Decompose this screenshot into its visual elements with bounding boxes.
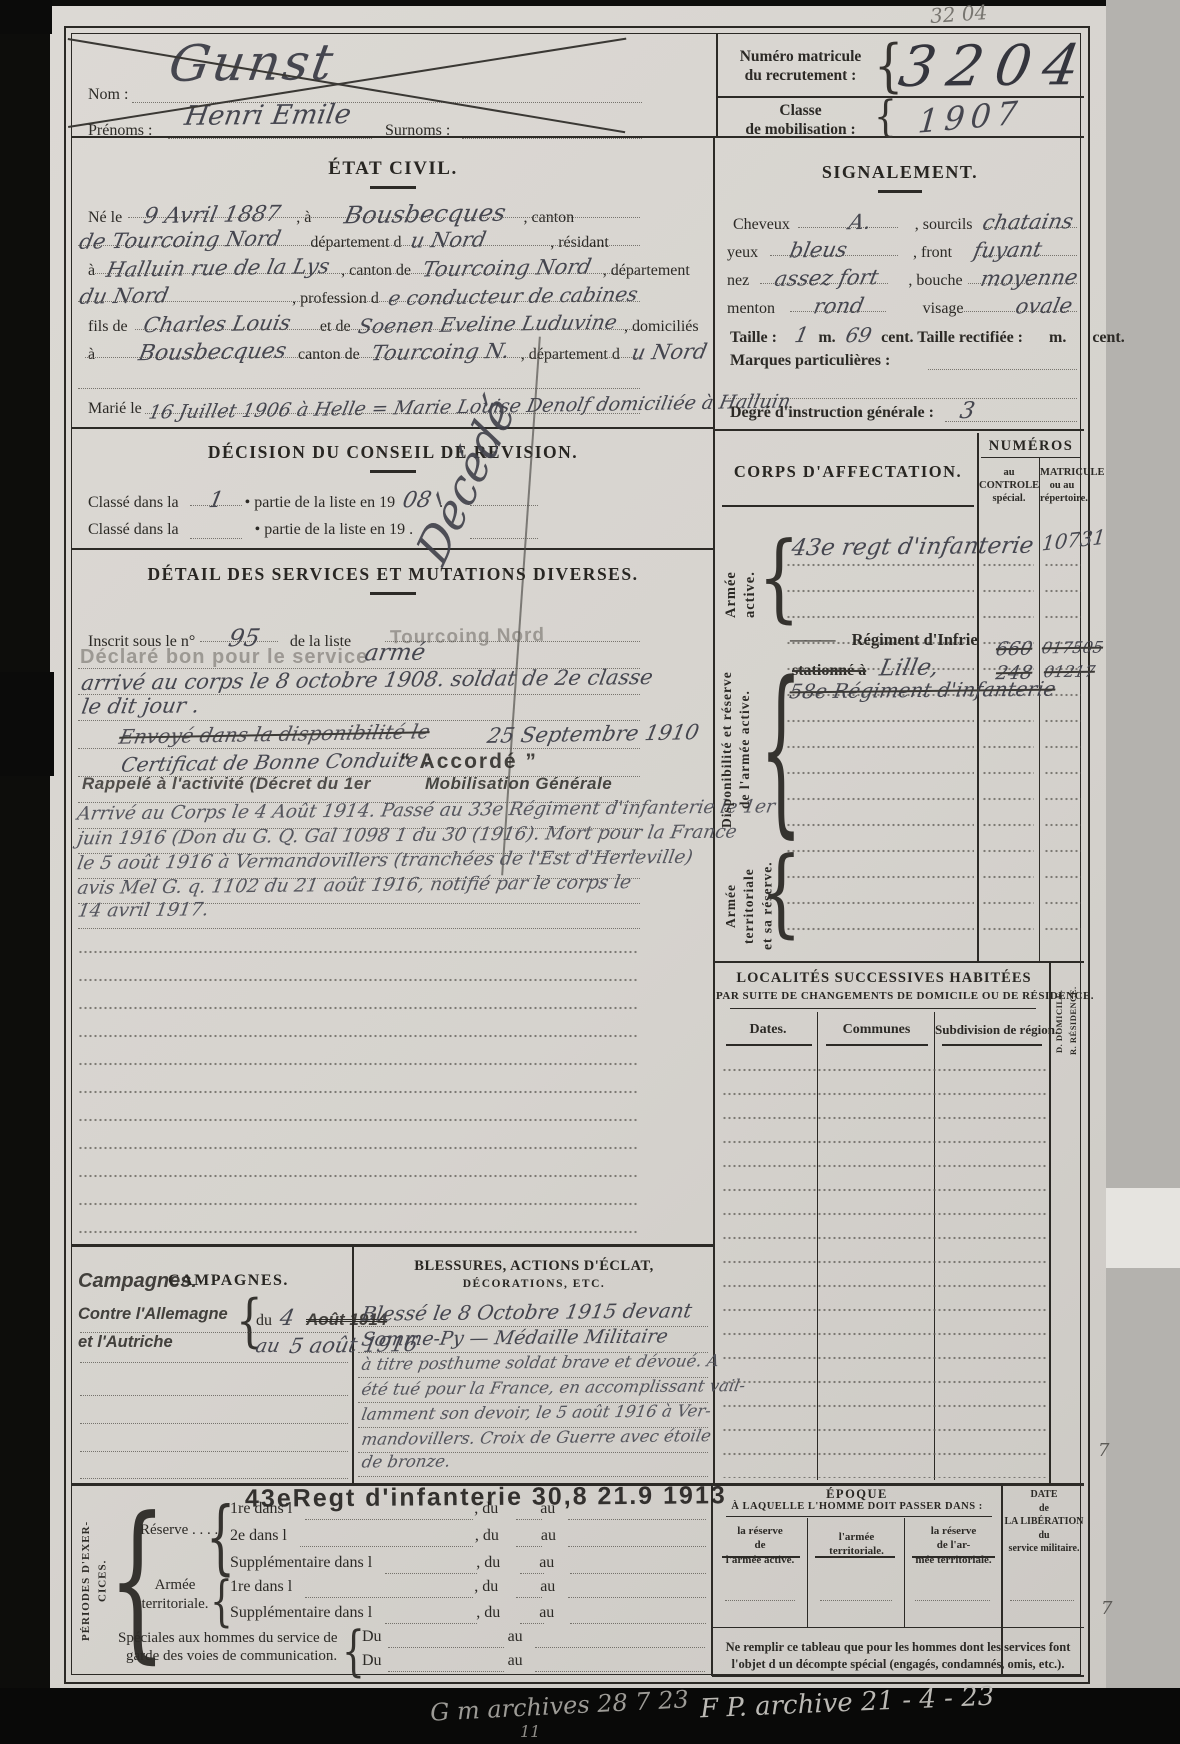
label: Taille : — [730, 329, 777, 346]
dotted-line — [200, 625, 278, 642]
localites-header-rule-3 — [942, 1044, 1042, 1046]
dotted-line — [78, 732, 640, 749]
controle-num-2: 248 — [994, 662, 1034, 684]
localites-col-dates: Dates. — [718, 1022, 818, 1038]
label: au — [541, 1527, 556, 1544]
dotted-line — [568, 1591, 706, 1598]
label: Classé dans la — [88, 494, 179, 511]
numeros-col1-header: au CONTROLE spécial. — [979, 466, 1039, 505]
localites-side-label-residence: R. RÉSIDENCE. — [1068, 978, 1078, 1064]
matricule-label: Numéro matricule du recrutement : — [728, 48, 873, 85]
epoque-header-rule-3 — [912, 1556, 995, 1558]
label: au — [540, 1578, 555, 1595]
label: , sourcils — [915, 216, 973, 233]
rule-corps-bottom — [714, 961, 1084, 963]
dotted-line — [145, 397, 640, 414]
epoque-left-border — [711, 1484, 713, 1676]
label: , bouche — [908, 272, 962, 289]
label: 2e dans l — [230, 1527, 287, 1544]
label: • partie de la liste en 19 — [245, 494, 395, 511]
rule-section — [714, 429, 1084, 431]
dotted-line — [80, 1441, 348, 1452]
blessures-subtitle: DÉCORATIONS, ETC. — [356, 1278, 712, 1290]
numeros-col1-ruled — [982, 552, 1034, 952]
label: fils de — [88, 318, 128, 335]
dotted-line — [385, 1617, 477, 1624]
localites-right-border — [1049, 962, 1051, 1484]
decision-title: DÉCISION DU CONSEIL DE REVISION. — [72, 442, 714, 463]
dash: ——— — [790, 630, 834, 649]
pencil-note-top-right: 32 04 — [929, 0, 988, 28]
corps-header-underline — [722, 505, 974, 507]
dotted-line — [85, 341, 640, 358]
dotted-line — [535, 1641, 705, 1648]
localites-header-rule-2 — [826, 1044, 928, 1046]
label: Marié le — [88, 400, 142, 417]
corps-ruled-area — [786, 552, 974, 952]
epoque-footnote-2: l'objet d un décompte spécial (engagés, … — [714, 1657, 1082, 1672]
dotted-line — [78, 912, 640, 929]
dotted-line — [520, 1617, 544, 1624]
dotted-line — [962, 295, 1077, 312]
dotted-line — [80, 1385, 348, 1396]
localites-ruled-area — [722, 1058, 1046, 1478]
dotted-line — [945, 405, 1077, 422]
epoque-bottom-rule — [712, 1627, 1084, 1628]
dotted-line — [760, 267, 888, 284]
epoque-header-rule-1 — [722, 1556, 800, 1558]
label: 1re dans l — [230, 1578, 292, 1595]
armee-active-entry: 43e regt d'infanterie — [790, 533, 1036, 562]
localites-col-subdivision: Subdivision de région. — [935, 1022, 1050, 1038]
speciales-label-1: Spéciales aux hommes du service de — [118, 1630, 338, 1647]
epoque-divider-2 — [904, 1518, 905, 1628]
dotted-line — [305, 1513, 473, 1520]
dotted-line — [470, 522, 538, 539]
dotted-line — [520, 1567, 544, 1574]
blank-ruled-area — [78, 938, 638, 1238]
etat-civil-title: ÉTAT CIVIL. — [72, 158, 714, 180]
services-title: DÉTAIL DES SERVICES ET MUTATIONS DIVERSE… — [72, 564, 714, 585]
label: , du — [475, 1527, 499, 1544]
numeros-divider-mid — [1039, 458, 1040, 961]
dotted-line — [305, 1591, 473, 1598]
localites-subtitle: PAR SUITE DE CHANGEMENTS DE DOMICILE OU … — [716, 990, 1052, 1002]
matricule-value: 3204 — [894, 33, 1096, 100]
dotted-line — [190, 489, 242, 506]
label: , front — [913, 244, 952, 261]
periodes-side-label: PÉRIODES D'EXER- CICES. — [78, 1500, 111, 1662]
title-underline — [878, 190, 922, 193]
label: au — [508, 1652, 523, 1669]
matricule-num-1: 017505 — [1040, 638, 1104, 658]
label: , du — [476, 1554, 500, 1571]
dotted-line — [385, 1567, 477, 1574]
label: au — [508, 1628, 523, 1645]
campagne-autriche-stamp: et l'Autriche — [78, 1333, 173, 1352]
label: , du — [474, 1578, 498, 1595]
numeros-col2-header: MATRICULE ou au répertoire. — [1040, 466, 1084, 505]
dotted-line — [388, 1641, 504, 1648]
controle-num-1: 660 — [994, 638, 1034, 660]
signalement-taille-line: Taille : 1 m. 69 cent. Taille rectifiée … — [730, 323, 1125, 347]
regiment-inf-printed: ——— Régiment d'Infrie — [790, 630, 978, 650]
territoriale-label: Armée territoriale. — [130, 1576, 220, 1614]
epoque-col2-header: l'armée territoriale. — [810, 1530, 903, 1559]
numeros-col2-ruled — [1044, 552, 1081, 952]
prenoms-label: Prénoms : — [88, 122, 152, 140]
localites-title: LOCALITÉS SUCCESSIVES HABITÉES — [716, 970, 1052, 987]
regiment-stamp: 43eRegt d'infanterie 30,8 21.9 1913 — [245, 1481, 727, 1513]
label: yeux — [727, 244, 758, 261]
epoque-col3-header: la réserve de l'ar- mée territoriale. — [907, 1524, 1000, 1567]
dotted-line — [78, 678, 640, 695]
dotted-line — [80, 1322, 348, 1333]
dotted-line — [568, 1513, 706, 1520]
dotted-line — [78, 285, 640, 302]
nom-label: Nom : — [88, 86, 128, 104]
dotted-line — [78, 229, 640, 246]
epoque-divider-1 — [807, 1518, 808, 1628]
statione-label: stationné à — [792, 662, 866, 679]
corps-title: CORPS D'AFFECTATION. — [718, 462, 978, 482]
dotted-line — [78, 372, 640, 389]
marques-label: Marques particulières : — [730, 352, 890, 370]
dotted-line — [790, 295, 886, 312]
dotted-line — [128, 201, 640, 218]
scanner-band-right — [1106, 0, 1180, 1690]
brace: { — [760, 845, 802, 941]
label: menton — [727, 300, 775, 317]
epoque-title: ÉPOQUE — [712, 1487, 1002, 1502]
dotted-line — [728, 382, 1077, 399]
epoque-header-rule-2 — [815, 1556, 895, 1558]
dotted-line — [770, 239, 898, 256]
taille-m-value: 1 — [793, 323, 811, 347]
degre-label: Degré d'instruction générale : — [730, 404, 934, 422]
dotted-line — [725, 1594, 795, 1601]
decision-line-1: Classé dans la 1 • partie de la liste en… — [88, 488, 443, 513]
label: Né le — [88, 209, 122, 226]
blessures-title: BLESSURES, ACTIONS D'ÉCLAT, — [356, 1258, 712, 1275]
scan-right-patch — [1106, 1188, 1180, 1268]
title-underline — [370, 592, 416, 595]
label: m. — [818, 329, 835, 346]
localites-side-label-domicile: D. DOMICILE. — [1054, 978, 1064, 1064]
numeros-title: NUMÉROS — [978, 438, 1084, 455]
pencil-mark-right-2: 7 — [1101, 1598, 1112, 1619]
epoque-footnote-1: Ne remplir ce tableau que pour les homme… — [714, 1640, 1082, 1655]
matricule-num-2: 01217 — [1042, 662, 1096, 682]
rule-section — [72, 427, 713, 429]
label: Cheveux — [733, 216, 790, 233]
campagnes-divider — [352, 1246, 354, 1484]
classe-label: Classe de mobilisation : — [728, 102, 873, 139]
disponibilite-label: Disponibilité et réserve de l'armée acti… — [718, 648, 754, 852]
label: visage — [923, 300, 964, 317]
label: • partie de la liste en 19 — [255, 521, 405, 538]
armee-active-label: Armée active. — [722, 545, 760, 645]
label: m. — [1049, 329, 1066, 346]
dotted-line — [570, 1617, 706, 1624]
scan-left-notch — [0, 672, 54, 776]
dotted-line — [516, 1540, 542, 1547]
dotted-line — [568, 1540, 706, 1547]
epoque-col1-header: la réserve de l'armée active. — [714, 1524, 806, 1567]
taille-cm-value: 69 — [843, 323, 873, 347]
signalement-title: SIGNALEMENT. — [716, 162, 1084, 183]
rule-section — [72, 548, 713, 550]
epoque-curly-rule — [726, 1516, 992, 1517]
dotted-line — [1010, 1594, 1074, 1601]
dotted-line — [516, 1513, 542, 1520]
epoque-box-bottom — [712, 1675, 1084, 1677]
epoque-date-header: DATE de LA LIBÉRATION du service militai… — [1004, 1488, 1084, 1556]
label: Du — [362, 1652, 382, 1669]
label: cent. — [1092, 329, 1124, 346]
dotted-line — [535, 1665, 705, 1672]
pencil-note-bottom-left-2: 11 — [520, 1722, 540, 1741]
parents-departement: u Nord — [629, 339, 709, 364]
surnoms-label: Surnoms : — [385, 122, 450, 140]
dotted-line — [135, 313, 640, 330]
label: Supplémentaire dans l — [230, 1604, 372, 1621]
dotted-line — [915, 1594, 990, 1601]
label: cent. Taille rectifiée : — [881, 329, 1023, 346]
decision-line-2: Classé dans la • partie de la liste en 1… — [88, 521, 413, 539]
classe-brace: { — [874, 96, 897, 139]
dotted-line — [570, 1567, 706, 1574]
dotted-line — [190, 522, 242, 539]
dotted-line — [80, 1468, 348, 1479]
label: nez — [727, 272, 749, 289]
nom-value: Gunst — [165, 33, 340, 93]
dotted-line — [78, 704, 640, 721]
rule-matricule-left — [716, 33, 718, 137]
scanned-military-record: 32 04 7 7 G m archives 28 7 23 11 F P. a… — [0, 0, 1180, 1744]
dotted-line — [798, 211, 898, 228]
localites-curly-rule — [730, 1008, 1036, 1009]
dotted-line — [516, 1591, 542, 1598]
title-underline — [370, 470, 416, 473]
rule-section — [72, 1244, 713, 1247]
dotted-line — [388, 1665, 504, 1672]
localites-header-rule-1 — [726, 1044, 812, 1046]
localites-col-communes: Communes — [818, 1022, 935, 1038]
dotted-line — [300, 1540, 473, 1547]
dotted-line — [985, 211, 1077, 228]
label: Classé dans la — [88, 521, 179, 538]
dotted-line — [95, 257, 640, 274]
dotted-line — [80, 1413, 348, 1424]
scan-corner-topleft — [0, 0, 52, 34]
title-underline — [370, 186, 416, 189]
dotted-line — [358, 1468, 708, 1477]
speciales-label-2: garde des voies de communication. — [126, 1648, 337, 1665]
label: Du — [362, 1628, 382, 1645]
dotted-line — [928, 353, 1077, 370]
label: , du — [476, 1604, 500, 1621]
label: Supplémentaire dans l — [230, 1554, 372, 1571]
dotted-line — [968, 267, 1077, 284]
pencil-mark-right-1: 7 — [1098, 1440, 1109, 1461]
dotted-line — [820, 1594, 892, 1601]
dotted-line — [975, 239, 1077, 256]
regiment-inf-label: Régiment d'Infrie — [852, 630, 978, 649]
numeros-underline — [981, 457, 1081, 458]
dotted-line — [80, 1352, 348, 1363]
epoque-subtitle: À LAQUELLE L'HOMME DOIT PASSER DANS : — [712, 1501, 1002, 1512]
